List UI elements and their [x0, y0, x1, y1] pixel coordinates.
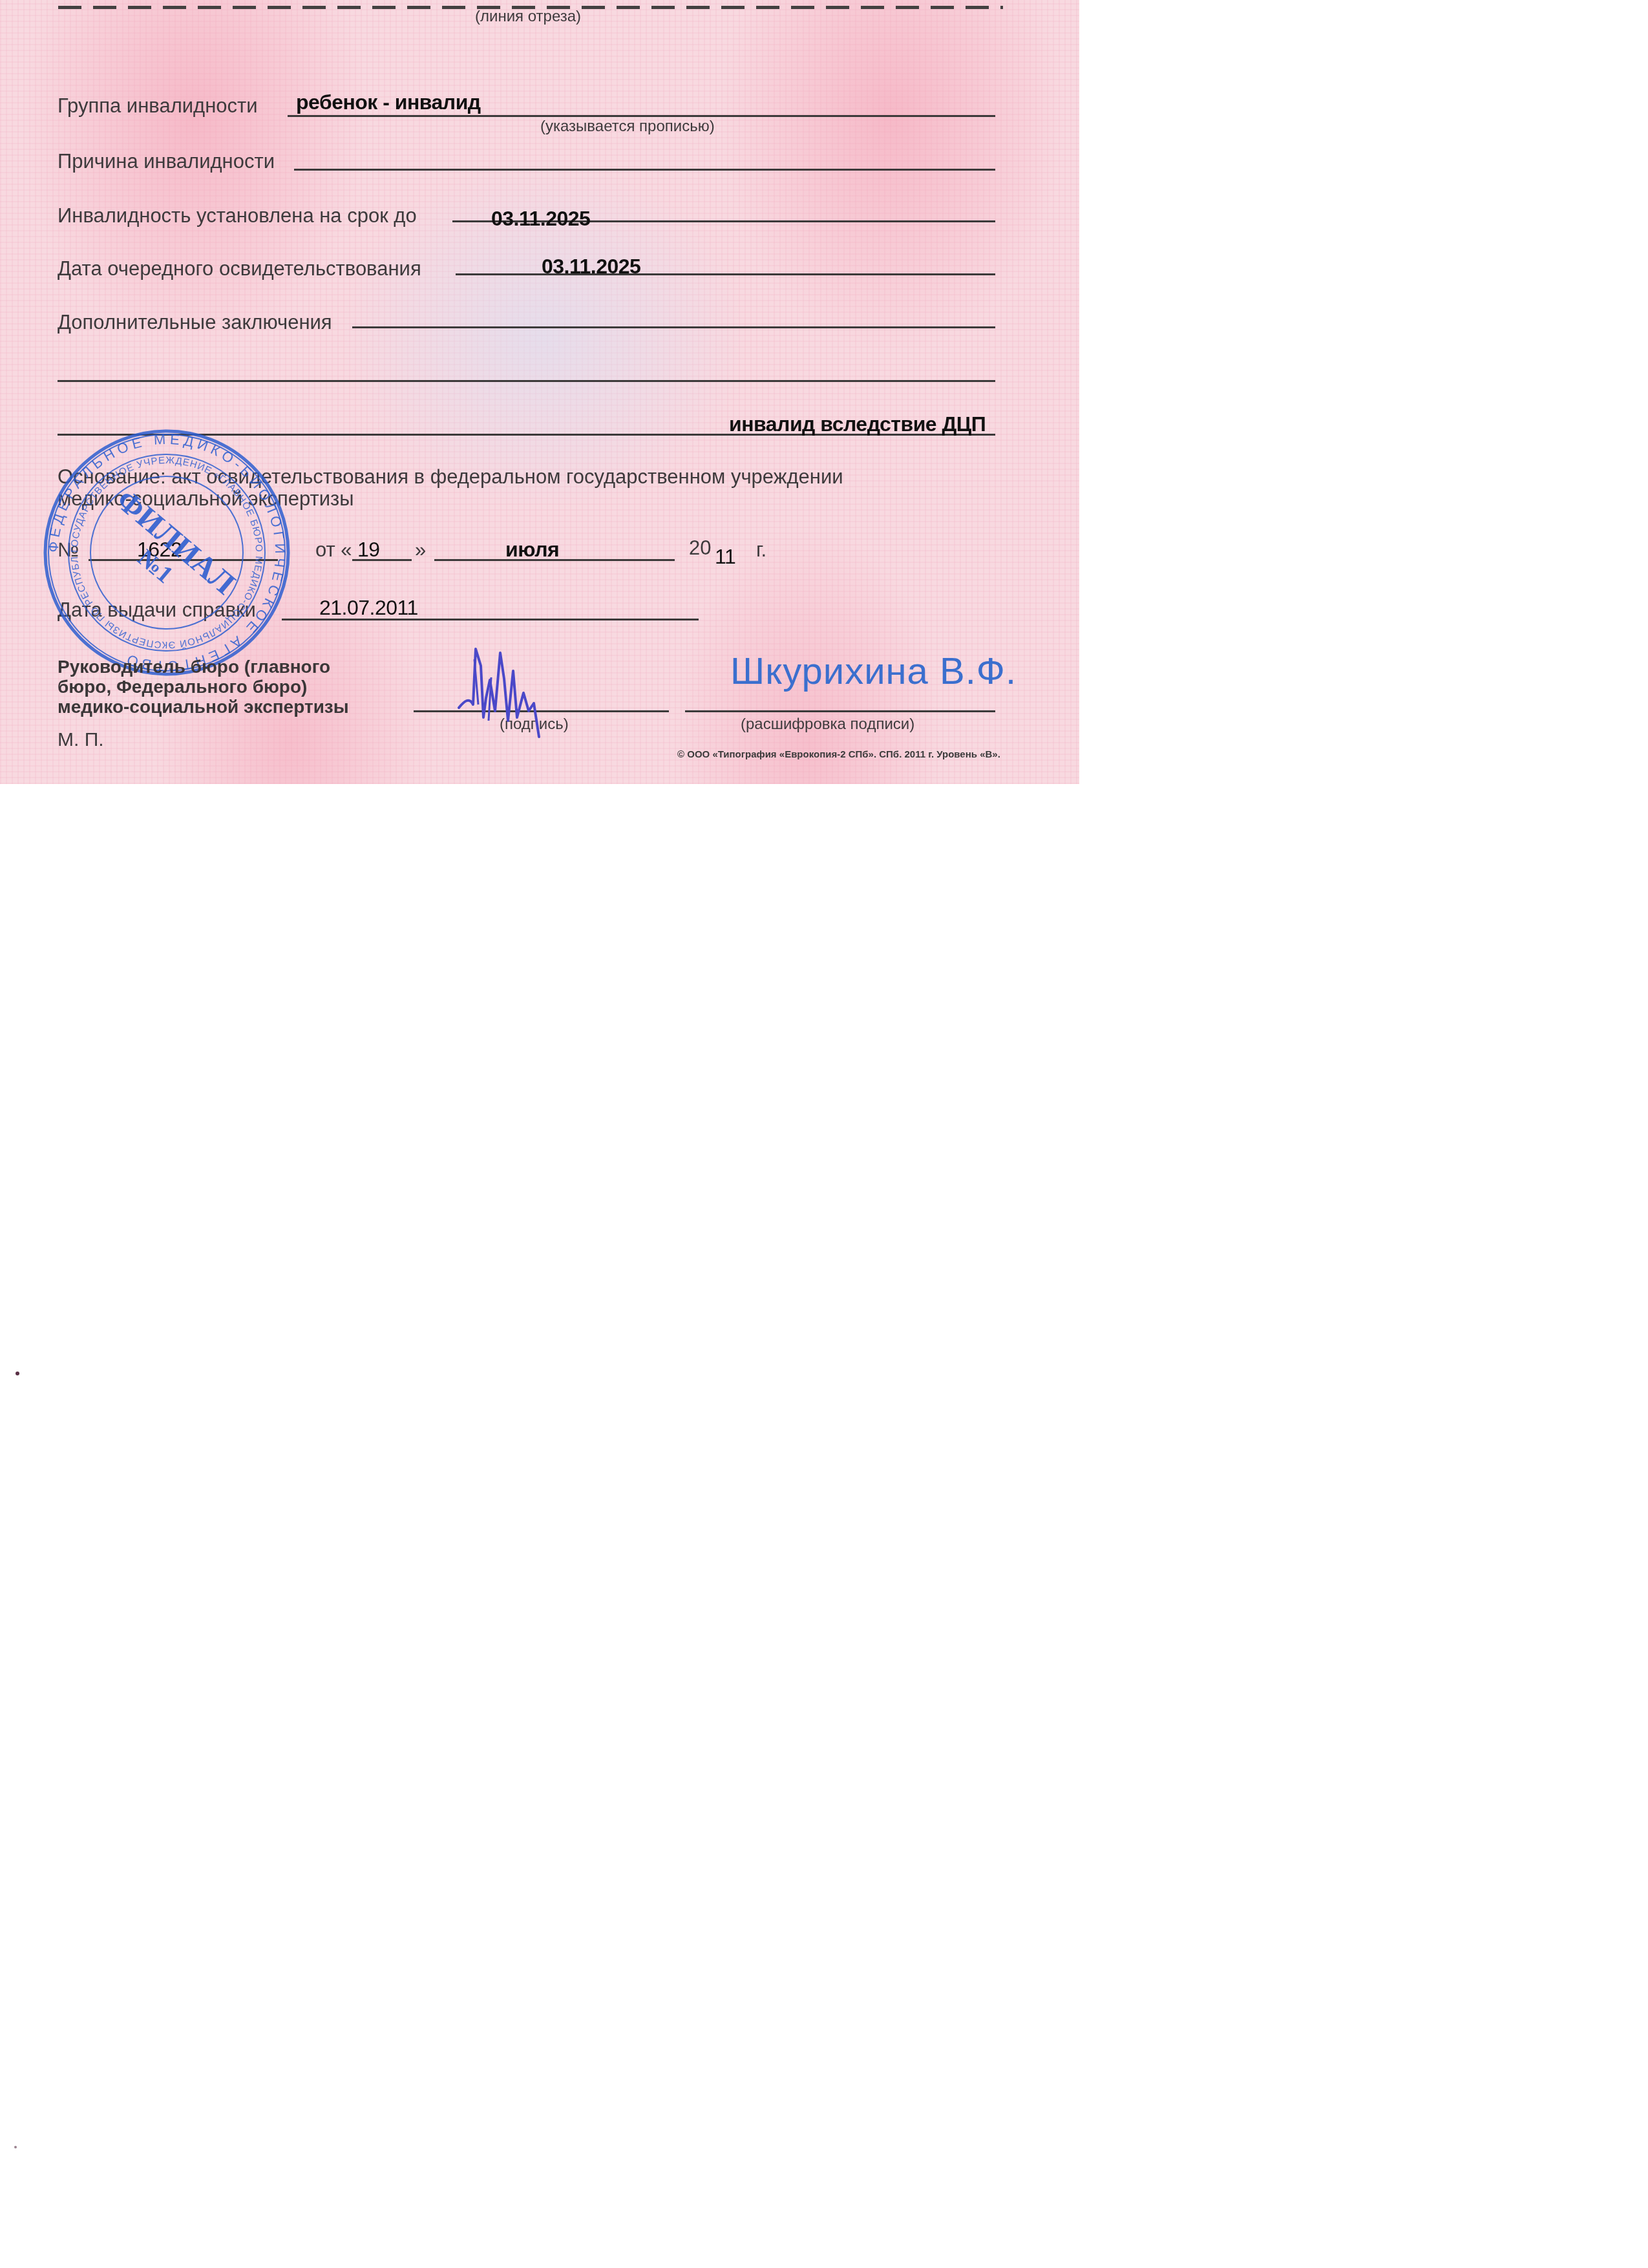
head-title-line-3: медико-социальной экспертизы	[58, 698, 349, 716]
disability-cause-label: Причина инвалидности	[58, 151, 275, 171]
disability-group-value: ребенок - инвалид	[296, 92, 481, 112]
issue-date-value: 21.07.2011	[319, 597, 418, 618]
scan-speck	[14, 2146, 17, 2148]
printer-note: © ООО «Типография «Еврокопия-2 СПб». СПб…	[677, 750, 1000, 759]
decoded-name-stamp: Шкурихина В.Ф.	[730, 653, 1017, 690]
act-year-label: г.	[756, 540, 766, 560]
disability-certificate-card: (линия отреза) Группа инвалидности ребен…	[0, 0, 1079, 784]
act-from-label: от «	[315, 540, 352, 560]
next-exam-label: Дата очередного освидетельствования	[58, 259, 421, 279]
cut-line-label: (линия отреза)	[475, 9, 581, 25]
head-title-line-1: Руководитель бюро (главного	[58, 658, 330, 676]
scan-speck	[16, 1372, 19, 1375]
additional-conclusions-line-1	[352, 326, 995, 328]
next-exam-line	[456, 273, 995, 275]
handwritten-signature	[452, 640, 575, 743]
act-year-suffix: 11	[715, 546, 735, 567]
decoding-hint: (расшифровка подписи)	[741, 717, 914, 732]
disability-group-hint: (указывается прописью)	[540, 119, 715, 134]
additional-conclusions-value-3: инвалид вследствие ДЦП	[729, 414, 986, 434]
act-day-value: 19	[357, 539, 380, 560]
additional-conclusions-line-2	[58, 380, 995, 382]
act-month-value: июля	[505, 539, 559, 560]
disability-group-label: Группа инвалидности	[58, 96, 258, 116]
disability-group-line	[288, 115, 995, 117]
disability-term-label: Инвалидность установлена на срок до	[58, 206, 417, 226]
act-day-close: »	[415, 540, 426, 560]
disability-term-value: 03.11.2025	[491, 208, 590, 229]
head-title-line-2: бюро, Федерального бюро)	[58, 678, 307, 696]
act-year-prefix: 20	[689, 538, 711, 558]
official-seal-stamp: ФЕДЕРАЛЬНОЕ МЕДИКО-БИОЛОГИЧЕСКОЕ АГЕНТСТ…	[43, 429, 291, 677]
seal-label: М. П.	[58, 730, 104, 750]
decoding-line	[685, 710, 995, 712]
disability-cause-line	[294, 169, 995, 171]
additional-conclusions-label: Дополнительные заключения	[58, 312, 332, 332]
next-exam-value: 03.11.2025	[542, 256, 640, 277]
